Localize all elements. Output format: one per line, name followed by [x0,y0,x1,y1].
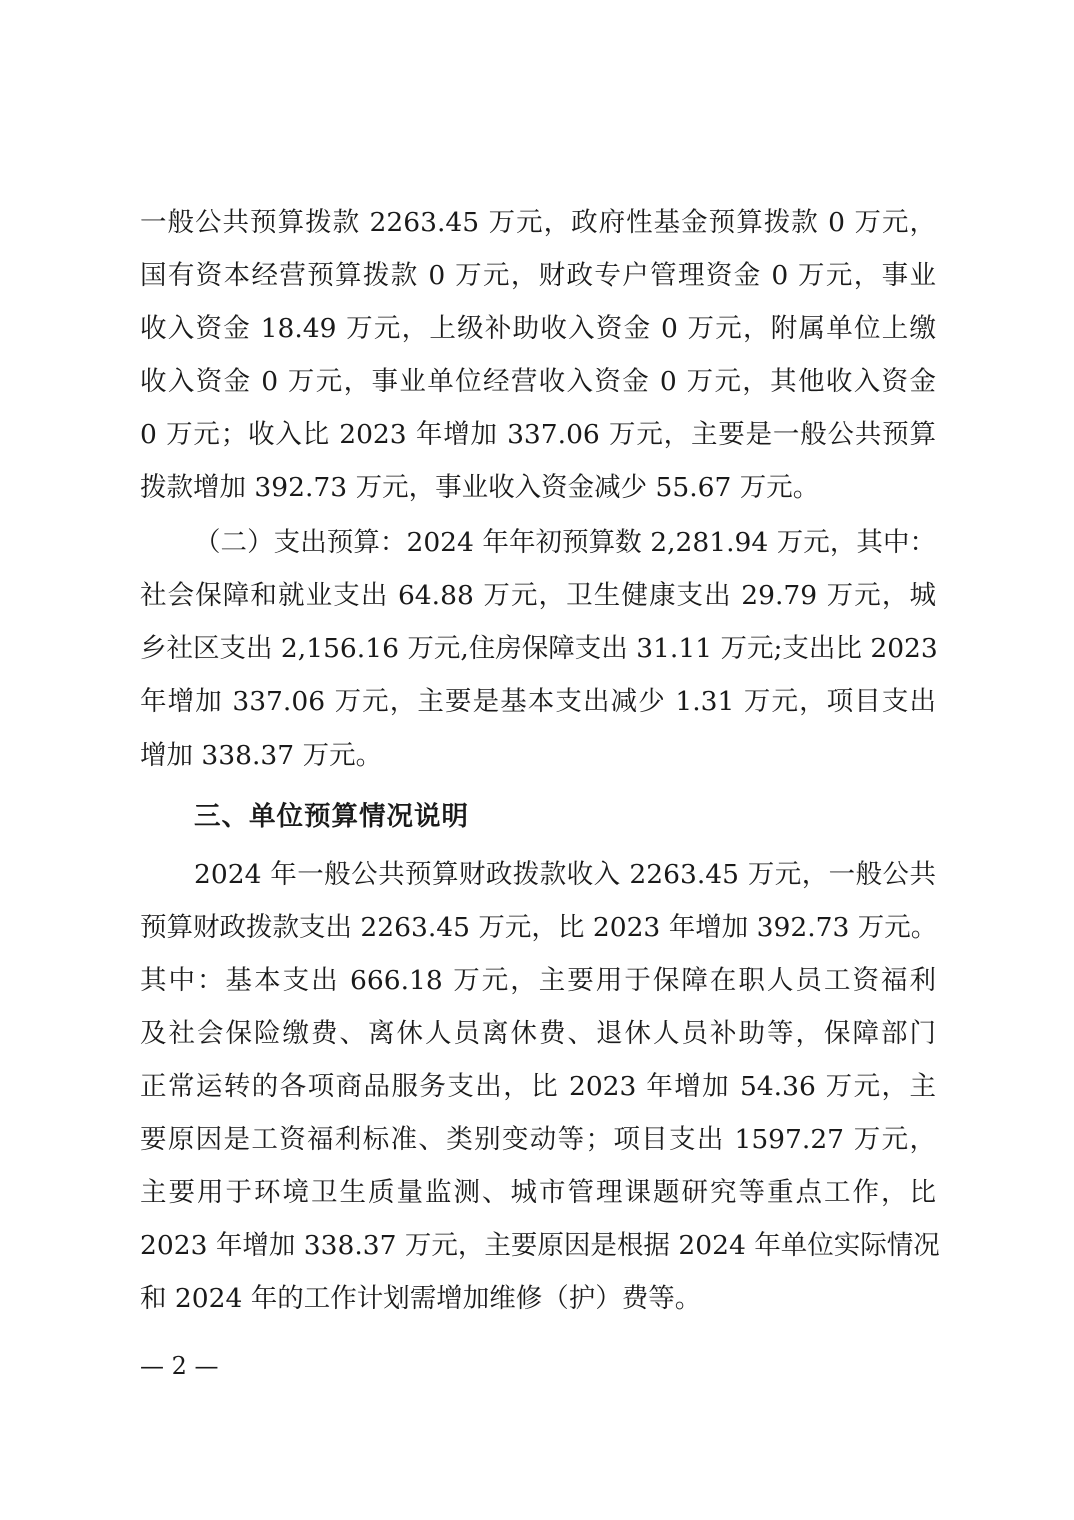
body-text-line: 和 2024 年的工作计划需增加维修（护）费等。 [140,1279,936,1319]
body-text-line: 主要用于环境卫生质量监测、城市管理课题研究等重点工作，比 [140,1173,936,1213]
body-text-line: 0 万元；收入比 2023 年增加 337.06 万元，主要是一般公共预算 [140,415,936,455]
body-text-line: 收入资金 0 万元，事业单位经营收入资金 0 万元，其他收入资金 [140,362,936,402]
body-text-line: （二）支出预算：2024 年年初预算数 2,281.94 万元，其中： [194,523,936,563]
body-text-line: 预算财政拨款支出 2263.45 万元，比 2023 年增加 392.73 万元… [140,908,936,948]
body-text-line: 年增加 337.06 万元，主要是基本支出减少 1.31 万元，项目支出 [140,682,936,722]
body-text-line: 2023 年增加 338.37 万元，主要原因是根据 2024 年单位实际情况 [140,1226,936,1266]
body-text-line: 一般公共预算拨款 2263.45 万元，政府性基金预算拨款 0 万元， [140,203,936,243]
body-text-line: 增加 338.37 万元。 [140,736,936,776]
document-page: 一般公共预算拨款 2263.45 万元，政府性基金预算拨款 0 万元， 国有资本… [0,0,1074,1520]
page-number: — 2 — [140,1348,219,1384]
body-text-line: 收入资金 18.49 万元，上级补助收入资金 0 万元，附属单位上缴 [140,309,936,349]
body-text-line: 拨款增加 392.73 万元，事业收入资金减少 55.67 万元。 [140,468,936,508]
body-text-line: 及社会保险缴费、离休人员离休费、退休人员补助等，保障部门 [140,1014,936,1054]
section-heading: 三、单位预算情况说明 [194,797,469,837]
body-text-line: 其中：基本支出 666.18 万元，主要用于保障在职人员工资福利 [140,961,936,1001]
body-text-line: 正常运转的各项商品服务支出，比 2023 年增加 54.36 万元，主 [140,1067,936,1107]
body-text-line: 乡社区支出 2,156.16 万元,住房保障支出 31.11 万元;支出比 20… [140,629,936,669]
body-text-line: 社会保障和就业支出 64.88 万元，卫生健康支出 29.79 万元，城 [140,576,936,616]
body-text-line: 2024 年一般公共预算财政拨款收入 2263.45 万元，一般公共 [194,855,936,895]
body-text-line: 要原因是工资福利标准、类别变动等；项目支出 1597.27 万元， [140,1120,936,1160]
body-text-line: 国有资本经营预算拨款 0 万元，财政专户管理资金 0 万元，事业 [140,256,936,296]
